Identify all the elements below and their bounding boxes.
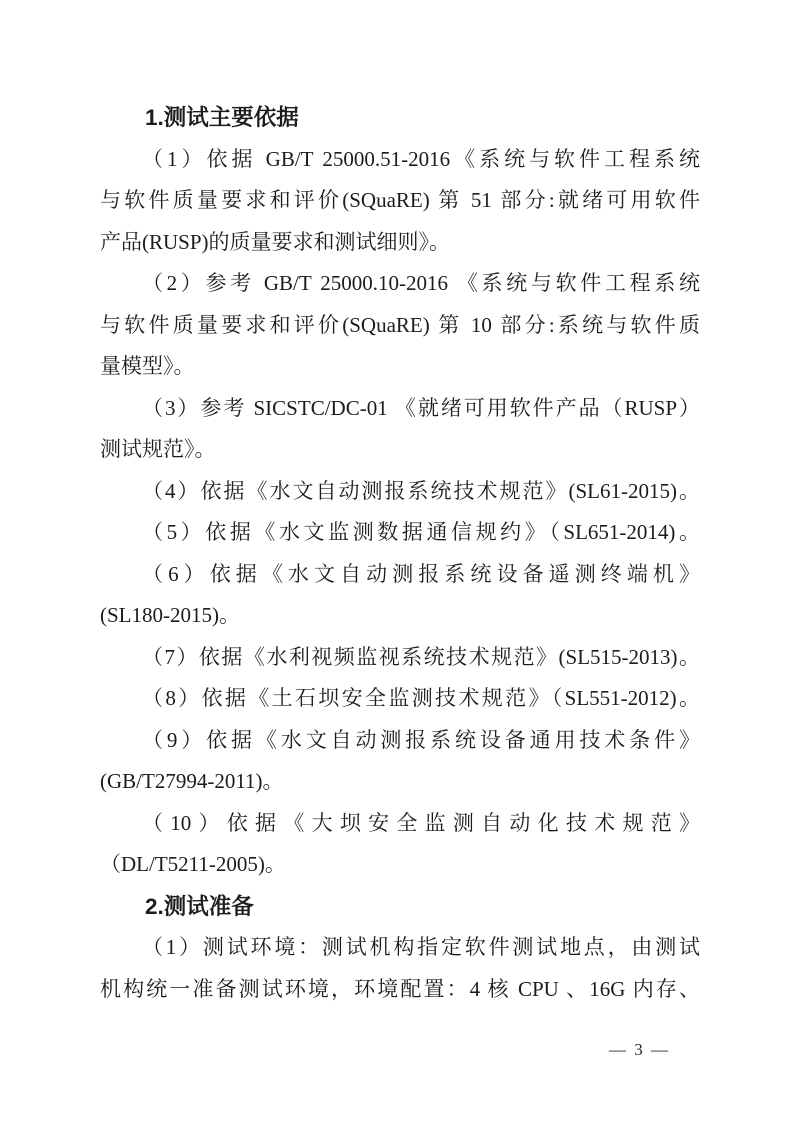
text-line: （6）依据《水文自动测报系统设备遥测终端机》	[100, 554, 700, 596]
text-line: （3）参考 SICSTC/DC-01 《就绪可用软件产品（RUSP）	[100, 388, 700, 430]
text-line: 测试规范》。	[100, 429, 700, 471]
text-line: （4）依据《水文自动测报系统技术规范》(SL61-2015)。	[100, 471, 700, 513]
text-line: （7）依据《水利视频监视系统技术规范》(SL515-2013)。	[100, 637, 700, 679]
text-line: 机构统一准备测试环境，环境配置：4 核 CPU 、16G 内存、	[100, 969, 700, 1011]
text-line: （9）依据《水文自动测报系统设备通用技术条件》	[100, 720, 700, 762]
text-line: （8）依据《土石坝安全监测技术规范》（SL551-2012)。	[100, 678, 700, 720]
text-line: 量模型》。	[100, 346, 700, 388]
text-line: （2）参考 GB/T 25000.10-2016 《系统与软件工程系统	[100, 263, 700, 305]
text-line: 与软件质量要求和评价(SQuaRE) 第 51 部分:就绪可用软件	[100, 180, 700, 222]
text-line: 产品(RUSP)的质量要求和测试细则》。	[100, 222, 700, 264]
section-heading: 2.测试准备	[100, 886, 700, 928]
text-line: （DL/T5211-2005)。	[100, 844, 700, 886]
text-line: 与软件质量要求和评价(SQuaRE) 第 10 部分:系统与软件质	[100, 305, 700, 347]
text-line: （1）测试环境：测试机构指定软件测试地点，由测试	[100, 927, 700, 969]
text-line: （10）依据《大坝安全监测自动化技术规范》	[100, 803, 700, 845]
text-line: (GB/T27994-2011)。	[100, 761, 700, 803]
text-line: （5）依据《水文监测数据通信规约》（SL651-2014)。	[100, 512, 700, 554]
text-line: (SL180-2015)。	[100, 595, 700, 637]
document-content: 1.测试主要依据（1）依据 GB/T 25000.51-2016《系统与软件工程…	[100, 97, 700, 1010]
page-number: — 3 —	[609, 1038, 670, 1062]
text-line: （1）依据 GB/T 25000.51-2016《系统与软件工程系统	[100, 139, 700, 181]
section-heading: 1.测试主要依据	[100, 97, 700, 139]
document-page: 1.测试主要依据（1）依据 GB/T 25000.51-2016《系统与软件工程…	[0, 0, 800, 1131]
